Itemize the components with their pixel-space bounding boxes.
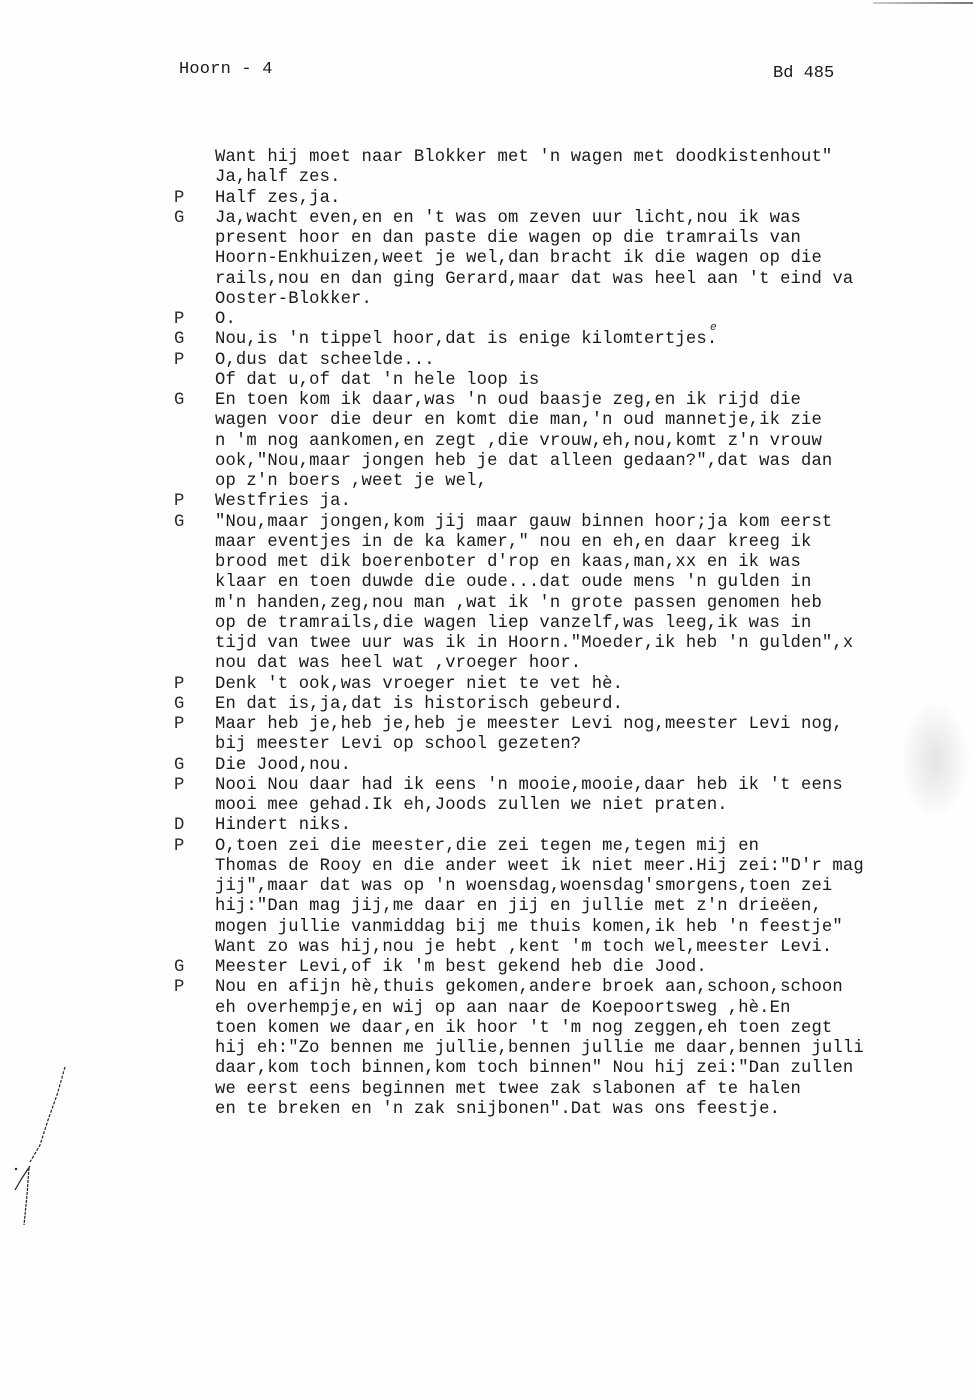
transcript-line: klaar en toen duwde die oude...dat oude … — [174, 573, 973, 593]
speaker-label — [174, 229, 215, 249]
speaker-label — [174, 452, 215, 472]
transcript-line: ook,"Nou,maar jongen heb je dat alleen g… — [174, 452, 973, 472]
line-text: bij meester Levi op school gezeten? — [215, 735, 973, 755]
line-text: jij",maar dat was op 'n woensdag,woensda… — [215, 877, 973, 897]
line-text: n 'm nog aankomen,en zegt ,die vrouw,eh,… — [215, 432, 973, 452]
transcript-line: mogen jullie vanmiddag bij me thuis kome… — [174, 918, 973, 938]
interview-transcript: Want hij moet naar Blokker met 'n wagen … — [174, 148, 973, 1120]
line-text: hij:"Dan mag jij,me daar en jij en julli… — [215, 897, 973, 917]
line-text: En dat is,ja,dat is historisch gebeurd. — [215, 695, 973, 715]
speaker-label — [174, 857, 215, 877]
line-text: toen komen we daar,en ik hoor 't 'm nog … — [215, 1019, 973, 1039]
transcript-line: PMaar heb je,heb je,heb je meester Levi … — [174, 715, 973, 735]
speaker-label: G — [174, 958, 215, 978]
speaker-label: G — [174, 513, 215, 533]
speaker-label — [174, 168, 215, 188]
scan-stain — [900, 700, 970, 820]
transcript-line: GEn toen kom ik daar,was 'n oud baasje z… — [174, 391, 973, 411]
speaker-label — [174, 796, 215, 816]
line-text: en te breken en 'n zak snijbonen".Dat wa… — [215, 1100, 973, 1120]
line-text: wagen voor die deur en komt die man,'n o… — [215, 411, 973, 431]
transcript-line: op de tramrails,die wagen liep vanzelf,w… — [174, 614, 973, 634]
line-text: Hindert niks. — [215, 816, 973, 836]
line-text: daar,kom toch binnen,kom toch binnen" No… — [215, 1059, 973, 1079]
line-text: hij eh:"Zo bennen me jullie,bennen julli… — [215, 1039, 973, 1059]
line-text: ook,"Nou,maar jongen heb je dat alleen g… — [215, 452, 973, 472]
line-text: Nou,is 'n tippel hoor,dat is enige kilom… — [215, 330, 973, 350]
transcript-line: mooi mee gehad.Ik eh,Joods zullen we nie… — [174, 796, 973, 816]
transcript-line: Ja,half zes. — [174, 168, 973, 188]
transcript-line: GMeester Levi,of ik 'm best gekend heb d… — [174, 958, 973, 978]
line-text: "Nou,maar jongen,kom jij maar gauw binne… — [215, 513, 973, 533]
line-text: present hoor en dan paste die wagen op d… — [215, 229, 973, 249]
speaker-label — [174, 472, 215, 492]
line-text: Ja,wacht even,en en 't was om zeven uur … — [215, 209, 973, 229]
transcript-line: hij eh:"Zo bennen me jullie,bennen julli… — [174, 1039, 973, 1059]
transcript-line: GJa,wacht even,en en 't was om zeven uur… — [174, 209, 973, 229]
line-text: Nooi Nou daar had ik eens 'n mooie,mooie… — [215, 776, 973, 796]
line-text: En toen kom ik daar,was 'n oud baasje ze… — [215, 391, 973, 411]
speaker-label — [174, 411, 215, 431]
transcript-line: GEn dat is,ja,dat is historisch gebeurd. — [174, 695, 973, 715]
transcript-line: DHindert niks. — [174, 816, 973, 836]
speaker-label — [174, 270, 215, 290]
speaker-label — [174, 148, 215, 168]
speaker-label: P — [174, 351, 215, 371]
line-text: Die Jood,nou. — [215, 756, 973, 776]
line-text: Nou en afijn hè,thuis gekomen,andere bro… — [215, 978, 973, 998]
line-text: Maar heb je,heb je,heb je meester Levi n… — [215, 715, 973, 735]
line-text: Ja,half zes. — [215, 168, 973, 188]
transcript-line: bij meester Levi op school gezeten? — [174, 735, 973, 755]
line-text: maar eventjes in de ka kamer," nou en eh… — [215, 533, 973, 553]
line-text: O,toen zei die meester,die zei tegen me,… — [215, 837, 973, 857]
transcript-line: Thomas de Rooy en die ander weet ik niet… — [174, 857, 973, 877]
transcript-line: op z'n boers ,weet je wel, — [174, 472, 973, 492]
line-text: Thomas de Rooy en die ander weet ik niet… — [215, 857, 973, 877]
line-text: Ooster-Blokker. — [215, 290, 973, 310]
transcript-line: Hoorn-Enkhuizen,weet je wel,dan bracht i… — [174, 249, 973, 269]
scan-artifact — [873, 2, 973, 4]
speaker-label: G — [174, 695, 215, 715]
speaker-label: G — [174, 391, 215, 411]
transcript-line: GDie Jood,nou. — [174, 756, 973, 776]
transcript-line: wagen voor die deur en komt die man,'n o… — [174, 411, 973, 431]
line-text: rails,nou en dan ging Gerard,maar dat wa… — [215, 270, 973, 290]
transcript-line: Ooster-Blokker. — [174, 290, 973, 310]
transcript-line: PO,dus dat scheelde... — [174, 351, 973, 371]
speaker-label — [174, 249, 215, 269]
speaker-label — [174, 735, 215, 755]
line-text: eh overhempje,en wij op aan naar de Koep… — [215, 999, 973, 1019]
line-text: O. — [215, 310, 973, 330]
transcript-line: maar eventjes in de ka kamer," nou en eh… — [174, 533, 973, 553]
speaker-label — [174, 594, 215, 614]
line-text: m'n handen,zeg,nou man ,wat ik 'n grote … — [215, 594, 973, 614]
speaker-label — [174, 918, 215, 938]
speaker-label: P — [174, 310, 215, 330]
speaker-label — [174, 290, 215, 310]
speaker-label — [174, 654, 215, 674]
line-text: brood met dik boerenboter d'rop en kaas,… — [215, 553, 973, 573]
transcript-line: PO,toen zei die meester,die zei tegen me… — [174, 837, 973, 857]
line-text: Want zo was hij,nou je hebt ,kent 'm toc… — [215, 938, 973, 958]
line-text: nou dat was heel wat ,vroeger hoor. — [215, 654, 973, 674]
transcript-line: Of dat u,of dat 'n hele loop is — [174, 371, 973, 391]
line-text: Want hij moet naar Blokker met 'n wagen … — [215, 148, 973, 168]
speaker-label: P — [174, 492, 215, 512]
line-text: Westfries ja. — [215, 492, 973, 512]
transcript-line: n 'm nog aankomen,en zegt ,die vrouw,eh,… — [174, 432, 973, 452]
line-text: Meester Levi,of ik 'm best gekend heb di… — [215, 958, 973, 978]
speaker-label: P — [174, 715, 215, 735]
transcript-line: PWestfries ja. — [174, 492, 973, 512]
transcript-line: GNou,is 'n tippel hoor,dat is enige kilo… — [174, 330, 973, 350]
transcript-line: m'n handen,zeg,nou man ,wat ik 'n grote … — [174, 594, 973, 614]
transcript-line: eh overhempje,en wij op aan naar de Koep… — [174, 999, 973, 1019]
transcript-line: PO. — [174, 310, 973, 330]
speaker-label — [174, 533, 215, 553]
line-text: Denk 't ook,was vroeger niet te vet hè. — [215, 675, 973, 695]
page-header-location: Hoorn - 4 — [179, 60, 273, 79]
transcript-line: daar,kom toch binnen,kom toch binnen" No… — [174, 1059, 973, 1079]
transcript-line: present hoor en dan paste die wagen op d… — [174, 229, 973, 249]
speaker-label: P — [174, 978, 215, 998]
line-text: Of dat u,of dat 'n hele loop is — [215, 371, 973, 391]
transcript-line: PHalf zes,ja. — [174, 189, 973, 209]
speaker-label — [174, 634, 215, 654]
transcript-line: nou dat was heel wat ,vroeger hoor. — [174, 654, 973, 674]
speaker-label — [174, 553, 215, 573]
line-text: mogen jullie vanmiddag bij me thuis kome… — [215, 918, 973, 938]
line-text: we eerst eens beginnen met twee zak slab… — [215, 1080, 973, 1100]
transcript-line: Want hij moet naar Blokker met 'n wagen … — [174, 148, 973, 168]
transcript-line: we eerst eens beginnen met twee zak slab… — [174, 1080, 973, 1100]
line-text: Hoorn-Enkhuizen,weet je wel,dan bracht i… — [215, 249, 973, 269]
transcript-line: rails,nou en dan ging Gerard,maar dat wa… — [174, 270, 973, 290]
transcript-line: toen komen we daar,en ik hoor 't 'm nog … — [174, 1019, 973, 1039]
transcript-line: Want zo was hij,nou je hebt ,kent 'm toc… — [174, 938, 973, 958]
transcript-line: G"Nou,maar jongen,kom jij maar gauw binn… — [174, 513, 973, 533]
transcript-line: PNou en afijn hè,thuis gekomen,andere br… — [174, 978, 973, 998]
speaker-label — [174, 371, 215, 391]
handwritten-margin-mark — [0, 1000, 200, 1280]
transcript-line: tijd van twee uur was ik in Hoorn."Moede… — [174, 634, 973, 654]
line-text: op de tramrails,die wagen liep vanzelf,w… — [215, 614, 973, 634]
speaker-label: G — [174, 209, 215, 229]
transcript-line: hij:"Dan mag jij,me daar en jij en julli… — [174, 897, 973, 917]
speaker-label: P — [174, 837, 215, 857]
speaker-label — [174, 897, 215, 917]
speaker-label — [174, 573, 215, 593]
transcript-line: PNooi Nou daar had ik eens 'n mooie,mooi… — [174, 776, 973, 796]
transcript-line: brood met dik boerenboter d'rop en kaas,… — [174, 553, 973, 573]
transcript-line: PDenk 't ook,was vroeger niet te vet hè. — [174, 675, 973, 695]
speaker-label — [174, 938, 215, 958]
speaker-label: D — [174, 816, 215, 836]
line-text: O,dus dat scheelde... — [215, 351, 973, 371]
speaker-label: P — [174, 776, 215, 796]
speaker-label — [174, 432, 215, 452]
line-text: tijd van twee uur was ik in Hoorn."Moede… — [215, 634, 973, 654]
transcript-line: en te breken en 'n zak snijbonen".Dat wa… — [174, 1100, 973, 1120]
speaker-label — [174, 614, 215, 634]
speaker-label: G — [174, 756, 215, 776]
typewritten-page: Hoorn - 4 Bd 485 e Want hij moet naar Bl… — [0, 0, 973, 1394]
page-header-reference: Bd 485 — [773, 64, 834, 83]
line-text: op z'n boers ,weet je wel, — [215, 472, 973, 492]
line-text: Half zes,ja. — [215, 189, 973, 209]
line-text: mooi mee gehad.Ik eh,Joods zullen we nie… — [215, 796, 973, 816]
speaker-label: P — [174, 675, 215, 695]
line-text: klaar en toen duwde die oude...dat oude … — [215, 573, 973, 593]
transcript-line: jij",maar dat was op 'n woensdag,woensda… — [174, 877, 973, 897]
speaker-label: P — [174, 189, 215, 209]
speaker-label — [174, 877, 215, 897]
speaker-label: G — [174, 330, 215, 350]
